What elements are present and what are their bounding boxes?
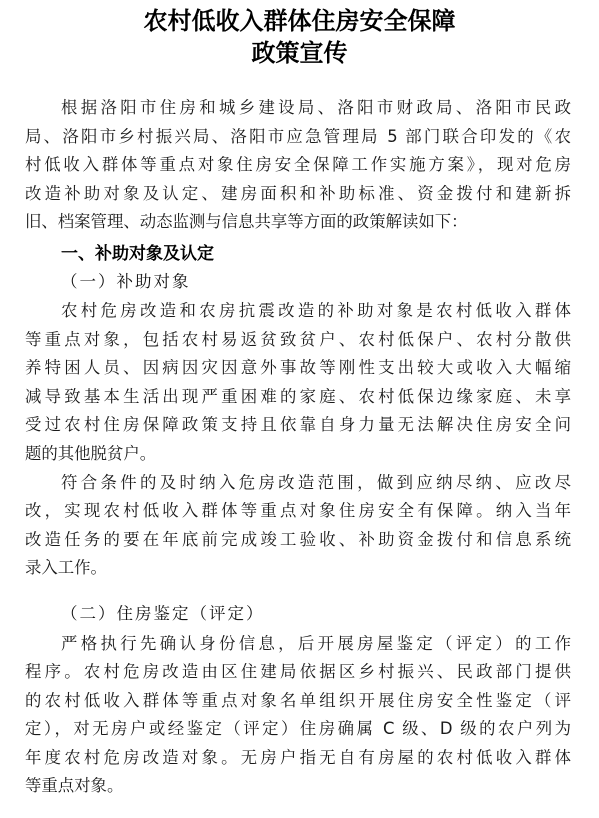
paragraph-line: 减导致基本生活出现严重困难的家庭、农村低保边缘家庭、未享 bbox=[25, 384, 571, 410]
paragraph-line: 题的其他脱贫户。 bbox=[25, 441, 571, 467]
intro-line: 改造补助对象及认定、建房面积和补助标准、资金拨付和建新拆 bbox=[25, 181, 571, 207]
paragraph-line: 程序。农村危房改造由区住建局依据区乡村振兴、民政部门提供 bbox=[25, 659, 571, 685]
paragraph-line: 受过农村住房保障政策支持且依靠自身力量无法解决住房安全问 bbox=[25, 412, 571, 438]
intro-line: 村低收入群体等重点对象住房安全保障工作实施方案》，现对危房 bbox=[25, 152, 571, 178]
subsection-heading: （二）住房鉴定（评定） bbox=[61, 601, 265, 627]
document-title-line1: 农村低收入群体住房安全保障 bbox=[0, 6, 599, 36]
intro-line: 局、洛阳市乡村振兴局、洛阳市应急管理局 5 部门联合印发的《农 bbox=[25, 124, 571, 150]
section-heading: 一、补助对象及认定 bbox=[61, 241, 214, 267]
paragraph-line: 定），对无房户或经鉴定（评定）住房确属 C 级、D 级的农户列为 bbox=[25, 716, 571, 742]
paragraph-line: 等重点对象。 bbox=[25, 773, 571, 799]
document-title-line2: 政策宣传 bbox=[0, 38, 599, 68]
subsection-heading: （一）补助对象 bbox=[61, 269, 191, 295]
paragraph-line: 严格执行先确认身份信息，后开展房屋鉴定（评定）的工作 bbox=[61, 631, 571, 657]
intro-line: 旧、档案管理、动态监测与信息共享等方面的政策解读如下： bbox=[25, 209, 571, 235]
paragraph-line: 符合条件的及时纳入危房改造范围，做到应纳尽纳、应改尽 bbox=[61, 470, 571, 496]
paragraph-line: 录入工作。 bbox=[25, 555, 571, 581]
paragraph-line: 改，实现农村低收入群体等重点对象住房安全有保障。纳入当年 bbox=[25, 498, 571, 524]
intro-line: 根据洛阳市住房和城乡建设局、洛阳市财政局、洛阳市民政 bbox=[61, 95, 571, 121]
paragraph-line: 农村危房改造和农房抗震改造的补助对象是农村低收入群体 bbox=[61, 298, 571, 324]
paragraph-line: 年度农村危房改造对象。无房户指无自有房屋的农村低收入群体 bbox=[25, 745, 571, 771]
paragraph-line: 养特困人员、因病因灾因意外事故等刚性支出较大或收入大幅缩 bbox=[25, 355, 571, 381]
paragraph-line: 的农村低收入群体等重点对象名单组织开展住房安全性鉴定（评 bbox=[25, 688, 571, 714]
paragraph-line: 改造任务的要在年底前完成竣工验收、补助资金拨付和信息系统 bbox=[25, 527, 571, 553]
paragraph-line: 等重点对象，包括农村易返贫致贫户、农村低保户、农村分散供 bbox=[25, 327, 571, 353]
